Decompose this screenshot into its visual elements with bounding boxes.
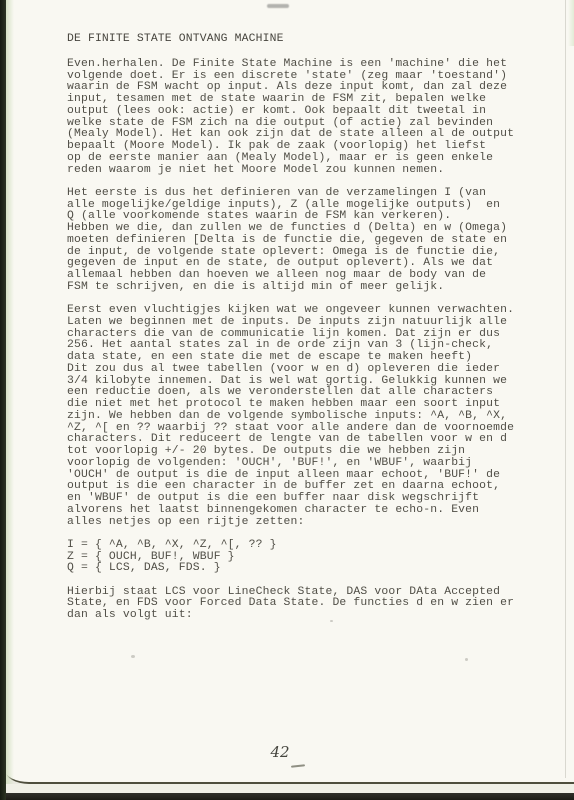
scan-left-dark-edge [0, 0, 6, 800]
scanned-document-page: DE FINITE STATE ONTVANG MACHINE Even.her… [0, 0, 574, 800]
page-right-edge-line [565, 0, 566, 778]
scan-bottom-dark-strip [0, 793, 574, 800]
paragraph-inputs-outputs: Eerst even vluchtigjes kijken wat we ong… [67, 305, 539, 528]
set-definitions-block: I = { ^A, ^B, ^X, ^Z, ^[, ?? } Z = { OUC… [67, 540, 539, 575]
scan-speck [330, 620, 333, 622]
scan-smudge [267, 4, 289, 8]
document-title: DE FINITE STATE ONTVANG MACHINE [67, 34, 539, 46]
scan-speck [131, 655, 135, 658]
page-top-right-edge [568, 0, 574, 46]
scan-bottom-light-strip [0, 784, 574, 793]
scan-speck [465, 658, 468, 661]
paragraph-intro-fsm: Even.herhalen. De Finite State Machine i… [67, 59, 539, 177]
page-number: 42 [264, 743, 296, 761]
typed-text-block: DE FINITE STATE ONTVANG MACHINE Even.her… [67, 34, 539, 633]
paragraph-definitions: Het eerste is dus het definieren van de … [67, 188, 539, 294]
page-left-green-edge [6, 0, 14, 784]
paragraph-closing: Hierbij staat LCS voor LineCheck State, … [67, 587, 539, 622]
